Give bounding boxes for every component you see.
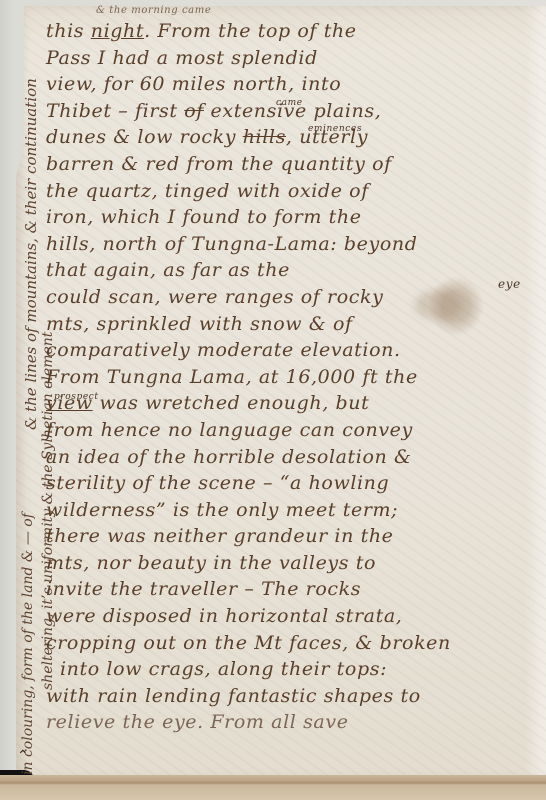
line-18: sterility of the scene – “a howling — [46, 470, 516, 497]
line-text: could scan, were ranges of rocky — [46, 286, 383, 308]
line-27: relieve the eye. From all save — [46, 709, 516, 729]
line-text: mts, nor beauty in the valleys to — [46, 552, 376, 574]
struck-word: hills — [243, 126, 286, 148]
interlinear-insert: came — [276, 90, 303, 116]
line-text: this — [46, 20, 91, 42]
struck-word: of — [184, 100, 204, 122]
line-11: could scan, were ranges of rocky — [46, 284, 516, 311]
line-9: hills, north of Tungna-Lama: beyond — [46, 231, 516, 258]
insertion-line: & the morning came — [46, 6, 516, 18]
book-binding-edge — [0, 775, 546, 800]
line-21: mts, nor beauty in the valleys to — [46, 550, 516, 577]
page-edge — [524, 6, 546, 778]
line-text: were disposed in horizontal strata, — [46, 605, 402, 627]
line-text: sterility of the scene – “a howling — [46, 472, 389, 494]
line-text: mts, sprinkled with snow & of — [46, 313, 353, 335]
line-text: From Tungna Lama, at 16,000 ft the — [46, 366, 418, 388]
line-text: relieve the eye. From all save — [46, 711, 349, 733]
line-5: eminencesdunes & low rocky hills, utterl… — [46, 124, 516, 151]
line-text: an idea of the horrible desolation & — [46, 446, 412, 468]
line-12: mts, sprinkled with snow & of — [46, 311, 516, 338]
line-2: Pass I had a most splendid — [46, 45, 516, 72]
line-text: from hence no language can convey — [46, 419, 413, 441]
line-text: comparatively moderate elevation. — [46, 339, 401, 361]
line-19: wilderness” is the only meet term; — [46, 497, 516, 524]
line-text: into low crags, along their tops: — [60, 658, 387, 680]
interlinear-insert: eminences — [308, 116, 362, 142]
line-text: dunes & low rocky — [46, 126, 243, 148]
line-15: prospectview was wretched enough, but — [46, 390, 516, 417]
interlinear-insert: prospect — [54, 384, 99, 410]
line-8: iron, which I found to form the — [46, 204, 516, 231]
insertion-caret-icon: ⌃ — [17, 748, 29, 764]
line-17: an idea of the horrible desolation & — [46, 444, 516, 471]
line-14: From Tungna Lama, at 16,000 ft the — [46, 364, 516, 391]
margin-note-outer-upper: & the lines of mountains, & their contin… — [22, 78, 40, 430]
line-26: with rain lending fantastic shapes to — [46, 683, 516, 710]
line-22: invite the traveller – The rocks — [46, 576, 516, 603]
line-20: there was neither grandeur in the — [46, 523, 516, 550]
line-23: were disposed in horizontal strata, — [46, 603, 516, 630]
line-text: Thibet – first — [46, 100, 184, 122]
line-text: cropping out on the Mt faces, & broken — [46, 632, 451, 654]
line-24: cropping out on the Mt faces, & broken — [46, 630, 516, 657]
line-text: . From the top of the — [144, 20, 357, 42]
line-text: hills, north of Tungna-Lama: beyond — [46, 233, 417, 255]
line-text: was wretched enough, but — [93, 392, 370, 414]
line-text: wilderness” is the only meet term; — [46, 499, 398, 521]
line-text: invite the traveller – The rocks — [46, 578, 361, 600]
line-16: from hence no language can convey — [46, 417, 516, 444]
line-text: with rain lending fantastic shapes to — [46, 685, 421, 707]
line-13: comparatively moderate elevation. — [46, 337, 516, 364]
line-25: into low crags, along their tops: — [46, 656, 516, 683]
line-text: there was neither grandeur in the — [46, 525, 394, 547]
line-text: Pass I had a most splendid — [46, 47, 318, 69]
manuscript-text: & the morning came this night. From the … — [46, 6, 516, 729]
line-4: cameThibet – first of extensive plains, — [46, 98, 516, 125]
struck-word: night — [91, 20, 144, 42]
line-text: barren & red from the quantity of — [46, 153, 392, 175]
line-text: that again, as far as the — [46, 259, 290, 281]
margin-note-outer-lower: in colouring, form of the land & — of — [20, 513, 36, 775]
line-text: iron, which I found to form the — [46, 206, 362, 228]
line-text: the quartz, tinged with oxide of — [46, 180, 369, 202]
line-7: the quartz, tinged with oxide of — [46, 178, 516, 205]
line-6: barren & red from the quantity of — [46, 151, 516, 178]
line-10: that again, as far as theeye — [46, 257, 516, 284]
line-1: this night. From the top of the — [46, 18, 516, 45]
